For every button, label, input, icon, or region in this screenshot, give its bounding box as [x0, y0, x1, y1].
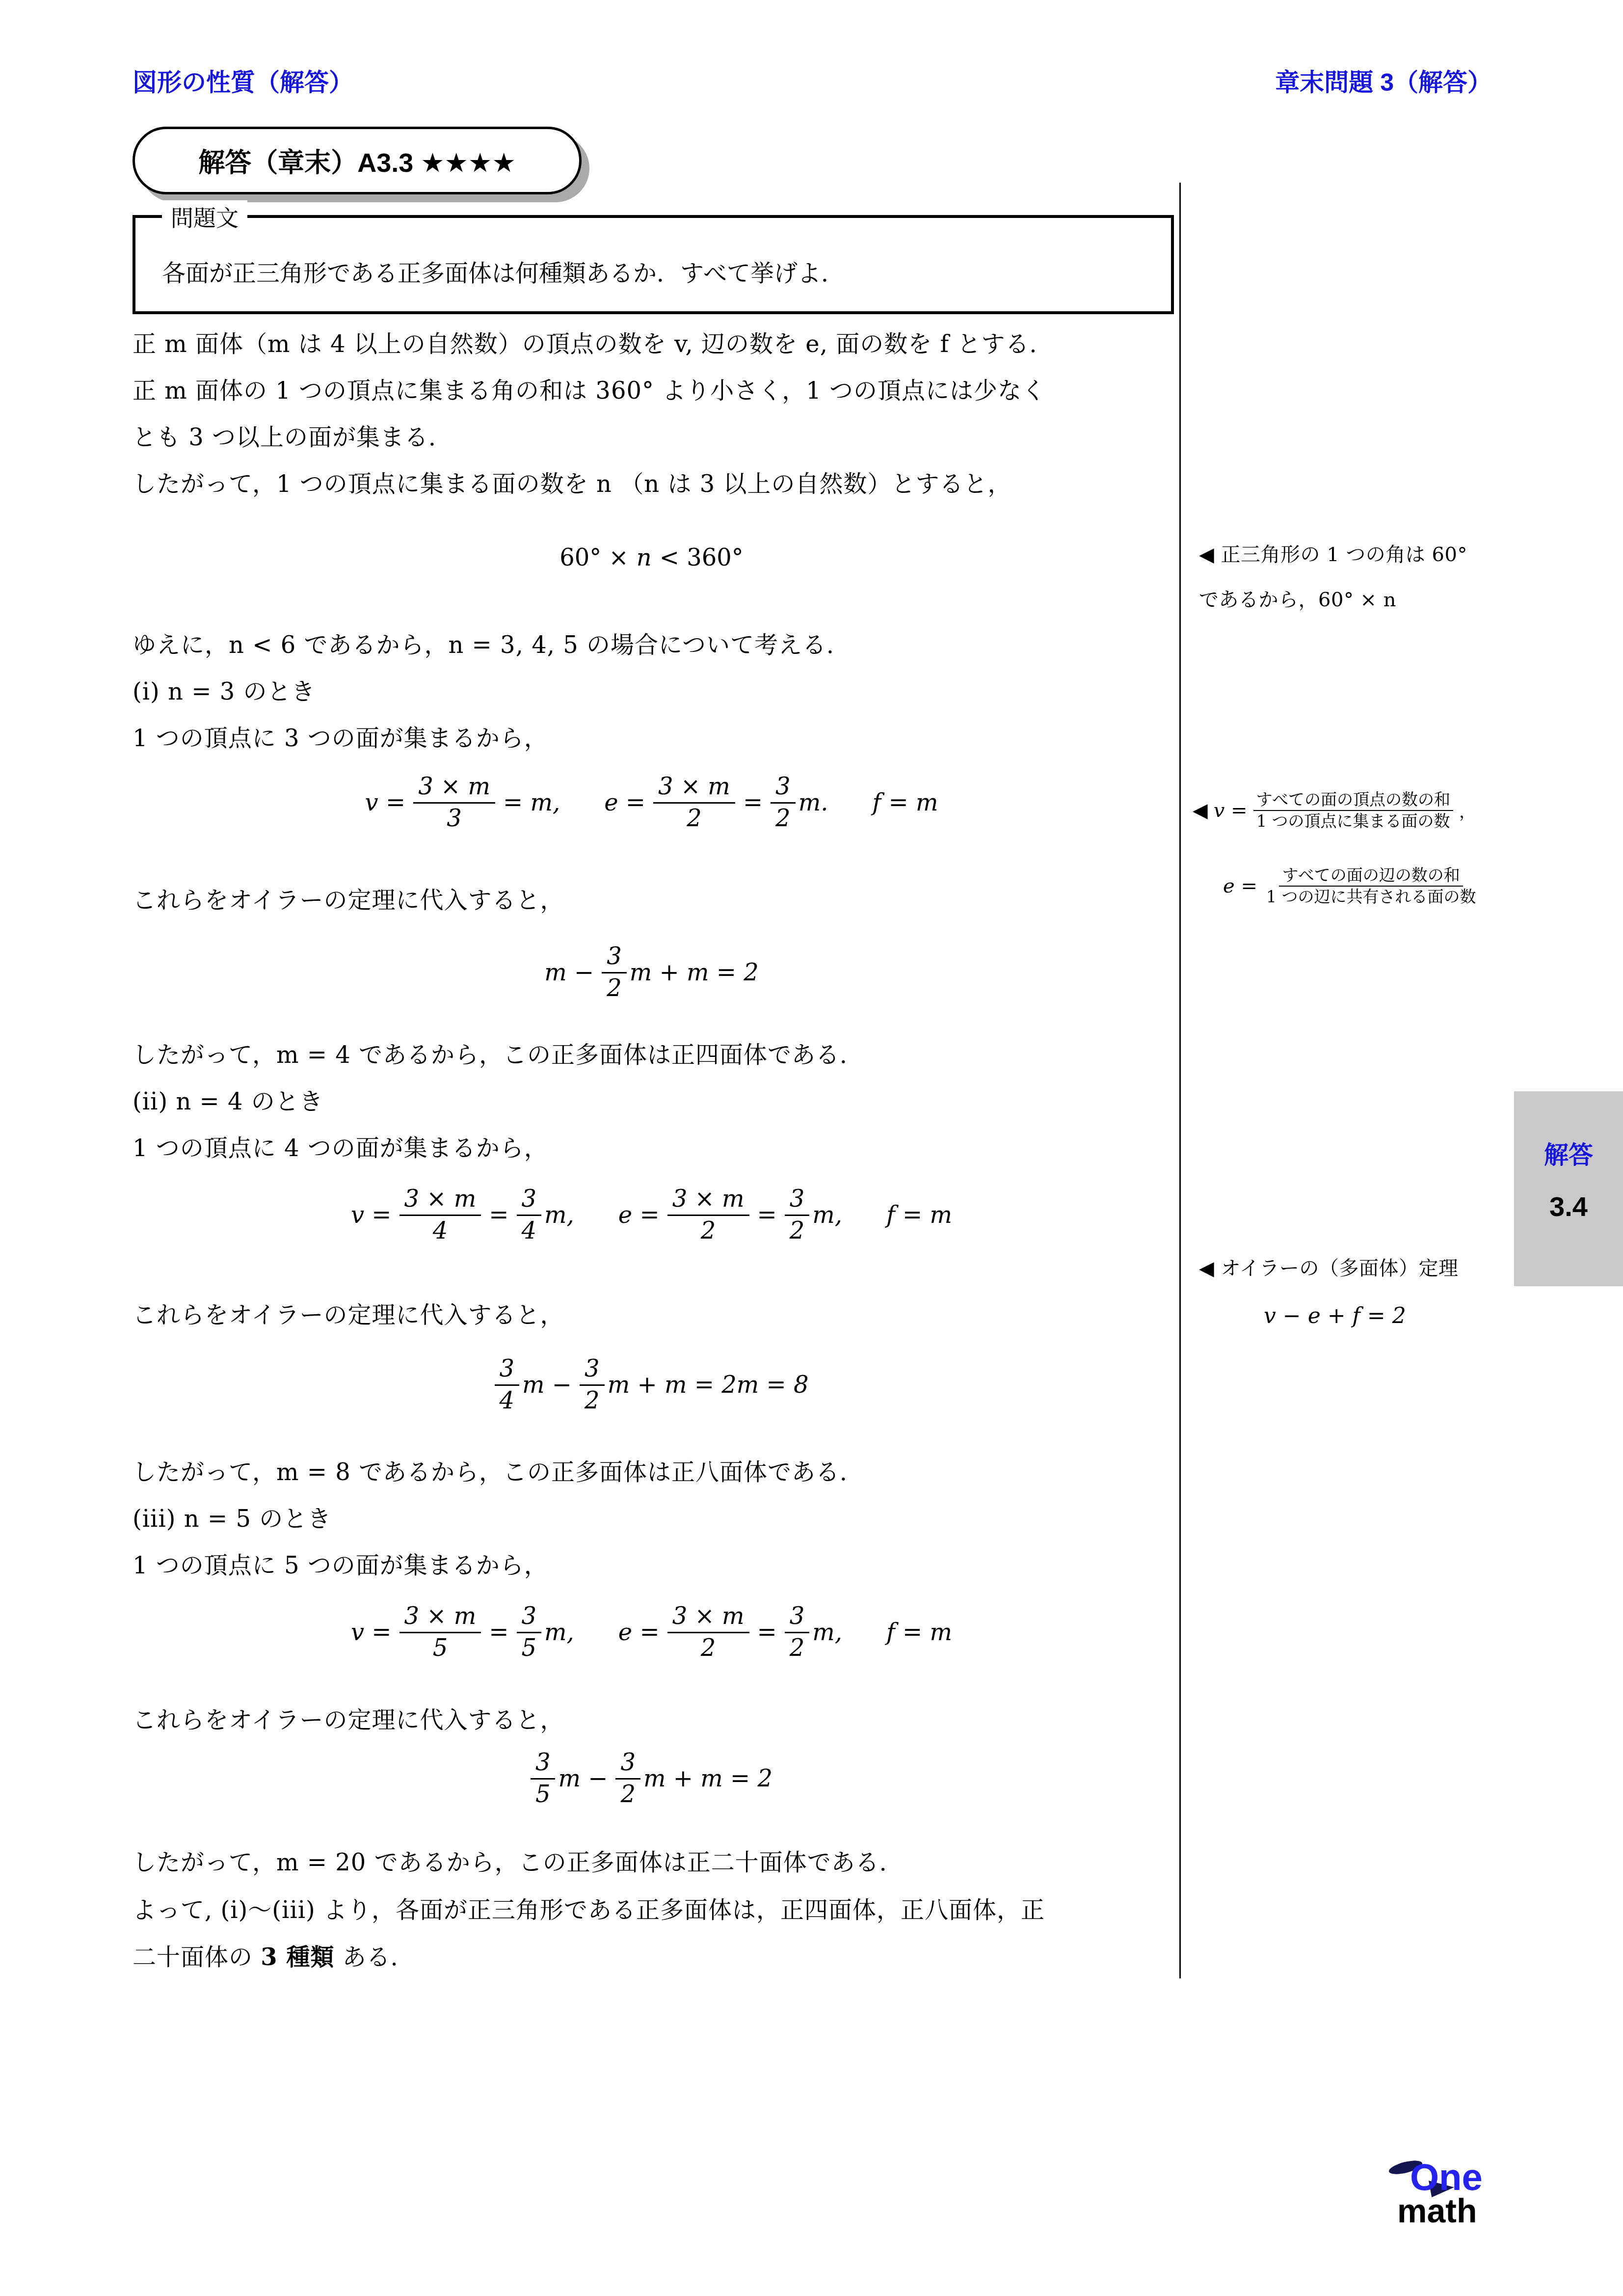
eq-iii-coef-tail: m, [812, 1619, 842, 1646]
onemath-logo: One math [1396, 2159, 1553, 2257]
fraction: すべての面の辺の数の和1 つの辺に共有される面の数 [1263, 865, 1479, 907]
eq-ii-v-lhs: v = [351, 1201, 392, 1229]
solution-paragraph-1: 正 m 面体（m は 4 以上の自然数）の頂点の数を v, 辺の数を e, 面の… [133, 325, 1054, 359]
note-marker-icon: ◀ [1193, 799, 1208, 822]
fraction-numerator: 3 [785, 1184, 810, 1216]
fraction: 3 × m4 [399, 1184, 481, 1246]
equation-euler-iii: 35 m − 32 m + m = 2 [133, 1748, 1171, 1810]
eq-iii-equals-2: = [757, 1619, 777, 1646]
fraction-numerator: 3 [580, 1354, 605, 1386]
margin-note-euler-formula: v − e + f = 2 [1264, 1303, 1406, 1328]
fraction-numerator: 3 × m [667, 1601, 749, 1633]
eq-ii-v-tail: m, [544, 1201, 574, 1229]
fraction-denominator: 2 [771, 804, 796, 834]
equation-case-i: v = 3 × m3 = m, e = 3 × m2 = 32 m. f = m [133, 772, 1171, 834]
eq-angle-post: < 360° [660, 544, 744, 571]
answer-side-tab: 解答 3.4 [1514, 1091, 1623, 1286]
margin-note-angle-line2: であるから，60° × n [1199, 584, 1396, 612]
conclusion-answer-count: 3 種類 [261, 1944, 334, 1971]
fraction-denominator: 2 [580, 1386, 605, 1416]
case-ii-body: 1 つの頂点に 4 つの面が集まるから， [133, 1129, 548, 1163]
margin-note-euler-title: ◀ オイラーの（多面体）定理 [1199, 1253, 1458, 1281]
side-tab-label: 解答 [1544, 1143, 1593, 1167]
answer-badge-label: 解答（章末）A3.3 ★★★★ [198, 142, 516, 180]
case-iii-result: したがって，m = 20 であるから，この正多面体は正二十面体である． [133, 1843, 904, 1877]
euler-substitution-2: これらをオイラーの定理に代入すると， [133, 1296, 564, 1330]
fraction-denominator: 5 [531, 1780, 556, 1810]
logo-text-one: One [1410, 2159, 1483, 2196]
fraction: 3 × m2 [667, 1184, 749, 1246]
eq-ii-e-lhs: e = [618, 1201, 660, 1229]
fraction: 32 [602, 942, 627, 1003]
eq-euler-ii-t2: m + m = 2m = 8 [608, 1371, 809, 1399]
equation-euler-ii: 34 m − 32 m + m = 2m = 8 [133, 1354, 1171, 1416]
fraction-numerator: 3 [495, 1354, 520, 1386]
fraction-denominator: 4 [495, 1386, 520, 1416]
side-tab-number: 3.4 [1549, 1193, 1588, 1220]
eq-i-e-lhs: e = [604, 789, 645, 816]
fraction-numerator: すべての面の辺の数の和 [1279, 865, 1463, 887]
eq-i-v-lhs: v = [365, 789, 406, 816]
fraction: 32 [615, 1748, 640, 1810]
euler-substitution-3: これらをオイラーの定理に代入すると， [133, 1701, 564, 1735]
fraction-numerator: すべての面の頂点の数の和 [1253, 789, 1453, 811]
case-iii-heading: (iii) n = 5 のとき [133, 1500, 331, 1534]
conclusion-line-1: よって, (i)〜(iii) より，各面が正三角形である正多面体は，正四面体，正… [133, 1891, 1045, 1925]
conclusion-pre: 二十面体の [133, 1944, 253, 1971]
eq-i-f-part: f = m [872, 789, 938, 816]
fraction-numerator: 3 [517, 1601, 542, 1633]
eq-euler-ii-t1: m − [522, 1371, 572, 1399]
eq-euler-i-t2: m + m = 2 [630, 959, 759, 986]
logo-text-math: math [1397, 2194, 1477, 2228]
fraction: 34 [517, 1184, 542, 1246]
fraction-denominator: 4 [517, 1216, 542, 1246]
fraction: 3 × m2 [653, 772, 735, 834]
eq-iii-equals-1: = [489, 1619, 508, 1646]
equation-case-ii: v = 3 × m4 = 34 m, e = 3 × m2 = 32 m, f … [133, 1184, 1171, 1246]
eq-euler-i-t1: m − [544, 959, 594, 986]
equation-angle-sum: 60° × n < 360° [133, 544, 1171, 571]
problem-text: 各面が正三角形である正多面体は何種類あるか．すべて挙げよ． [162, 254, 845, 288]
eq-ii-equals-1: = [489, 1201, 508, 1229]
margin-divider-line [1179, 183, 1181, 1978]
fraction-denominator: 4 [428, 1216, 453, 1246]
case-i-heading: (i) n = 3 のとき [133, 673, 316, 706]
case-ii-result: したがって，m = 8 であるから，この正多面体は正八面体である． [133, 1453, 864, 1487]
fraction: 3 × m5 [399, 1601, 481, 1663]
eq-ii-coef-tail: m, [812, 1201, 842, 1229]
eq-iii-v-lhs: v = [351, 1619, 392, 1646]
fraction-denominator: 1 つの辺に共有される面の数 [1263, 887, 1479, 907]
note-v-tail: ， [1459, 798, 1476, 822]
document-page: 図形の性質（解答） 章末問題 3（解答） 解答（章末）A3.3 ★★★★ 問題文… [0, 0, 1623, 2296]
fraction-denominator: 5 [428, 1633, 453, 1664]
fraction-numerator: 3 × m [667, 1184, 749, 1216]
note-v-lhs: v = [1214, 799, 1248, 822]
solution-paragraph-2: 正 m 面体の 1 つの頂点に集まる角の和は 360° より小さく，1 つの頂点… [133, 372, 1046, 405]
eq-iii-e-lhs: e = [618, 1619, 660, 1646]
fraction-denominator: 2 [785, 1633, 810, 1664]
euler-substitution-1: これらをオイラーの定理に代入すると， [133, 881, 564, 915]
case-ii-heading: (ii) n = 4 のとき [133, 1082, 323, 1116]
fraction-numerator: 3 × m [399, 1601, 481, 1633]
eq-angle-pre: 60° × [559, 544, 629, 571]
fraction-denominator: 2 [602, 973, 627, 1004]
fraction: 3 × m2 [667, 1601, 749, 1663]
note-e-lhs: e = [1223, 875, 1257, 897]
problem-box-label: 問題文 [162, 200, 247, 233]
eq-i-coef-tail: m. [798, 789, 828, 816]
fraction: すべての面の頂点の数の和1 つの頂点に集まる面の数 [1253, 789, 1453, 831]
conclusion-line-2: 二十面体の 3 種類 ある． [133, 1938, 415, 1972]
eq-iii-f-part: f = m [886, 1619, 952, 1646]
eq-euler-iii-t2: m + m = 2 [643, 1765, 772, 1792]
margin-note-angle-line1: ◀ 正三角形の 1 つの角は 60° [1199, 539, 1467, 567]
conclusion-post: ある． [343, 1944, 415, 1971]
fraction-denominator: 2 [696, 1216, 721, 1246]
fraction: 32 [580, 1354, 605, 1416]
fraction-denominator: 3 [442, 804, 467, 834]
case-i-body: 1 つの頂点に 3 つの面が集まるから， [133, 719, 548, 753]
fraction-denominator: 2 [682, 804, 707, 834]
fraction-denominator: 2 [615, 1780, 640, 1810]
fraction: 3 × m3 [413, 772, 495, 834]
fraction-numerator: 3 × m [399, 1184, 481, 1216]
eq-i-equals: = [743, 789, 763, 816]
equation-euler-i: m − 32 m + m = 2 [133, 942, 1171, 1003]
equation-case-iii: v = 3 × m5 = 35 m, e = 3 × m2 = 32 m, f … [133, 1601, 1171, 1663]
fraction-denominator: 1 つの頂点に集まる面の数 [1253, 811, 1453, 832]
eq-euler-iii-t1: m − [558, 1765, 608, 1792]
fraction: 32 [785, 1601, 810, 1663]
solution-paragraph-5: ゆえに，n < 6 であるから，n = 3, 4, 5 の場合について考える． [133, 626, 851, 660]
eq-ii-f-part: f = m [886, 1201, 952, 1229]
fraction-numerator: 3 [771, 772, 796, 804]
margin-note-v-formula: ◀ v = すべての面の頂点の数の和1 つの頂点に集まる面の数 ， [1193, 789, 1476, 831]
eq-angle-variable: n [637, 544, 652, 571]
eq-i-v-rhs: = m, [503, 789, 560, 816]
margin-note-e-formula: e = すべての面の辺の数の和1 つの辺に共有される面の数 [1223, 865, 1479, 907]
eq-iii-v-tail: m, [544, 1619, 574, 1646]
fraction-numerator: 3 × m [653, 772, 735, 804]
fraction-numerator: 3 [602, 942, 627, 973]
fraction: 32 [785, 1184, 810, 1246]
fraction: 35 [517, 1601, 542, 1663]
case-i-result: したがって，m = 4 であるから，この正多面体は正四面体である． [133, 1036, 864, 1070]
fraction: 32 [771, 772, 796, 834]
solution-paragraph-4: したがって，1 つの頂点に集まる面の数を n （n は 3 以上の自然数）とする… [133, 465, 1012, 499]
page-title-right: 章末問題 3（解答） [1275, 63, 1492, 98]
fraction-denominator: 2 [785, 1216, 810, 1246]
fraction: 34 [495, 1354, 520, 1416]
answer-badge: 解答（章末）A3.3 ★★★★ [133, 127, 582, 194]
case-iii-body: 1 つの頂点に 5 つの面が集まるから， [133, 1546, 548, 1580]
fraction-numerator: 3 [531, 1748, 556, 1780]
eq-ii-equals-2: = [757, 1201, 777, 1229]
page-title-left: 図形の性質（解答） [133, 63, 353, 98]
fraction-numerator: 3 × m [413, 772, 495, 804]
fraction: 35 [531, 1748, 556, 1810]
fraction-denominator: 2 [696, 1633, 721, 1664]
fraction-numerator: 3 [785, 1601, 810, 1633]
fraction-denominator: 5 [517, 1633, 542, 1664]
fraction-numerator: 3 [517, 1184, 542, 1216]
solution-paragraph-3: とも 3 つ以上の面が集まる． [133, 418, 452, 452]
fraction-numerator: 3 [615, 1748, 640, 1780]
